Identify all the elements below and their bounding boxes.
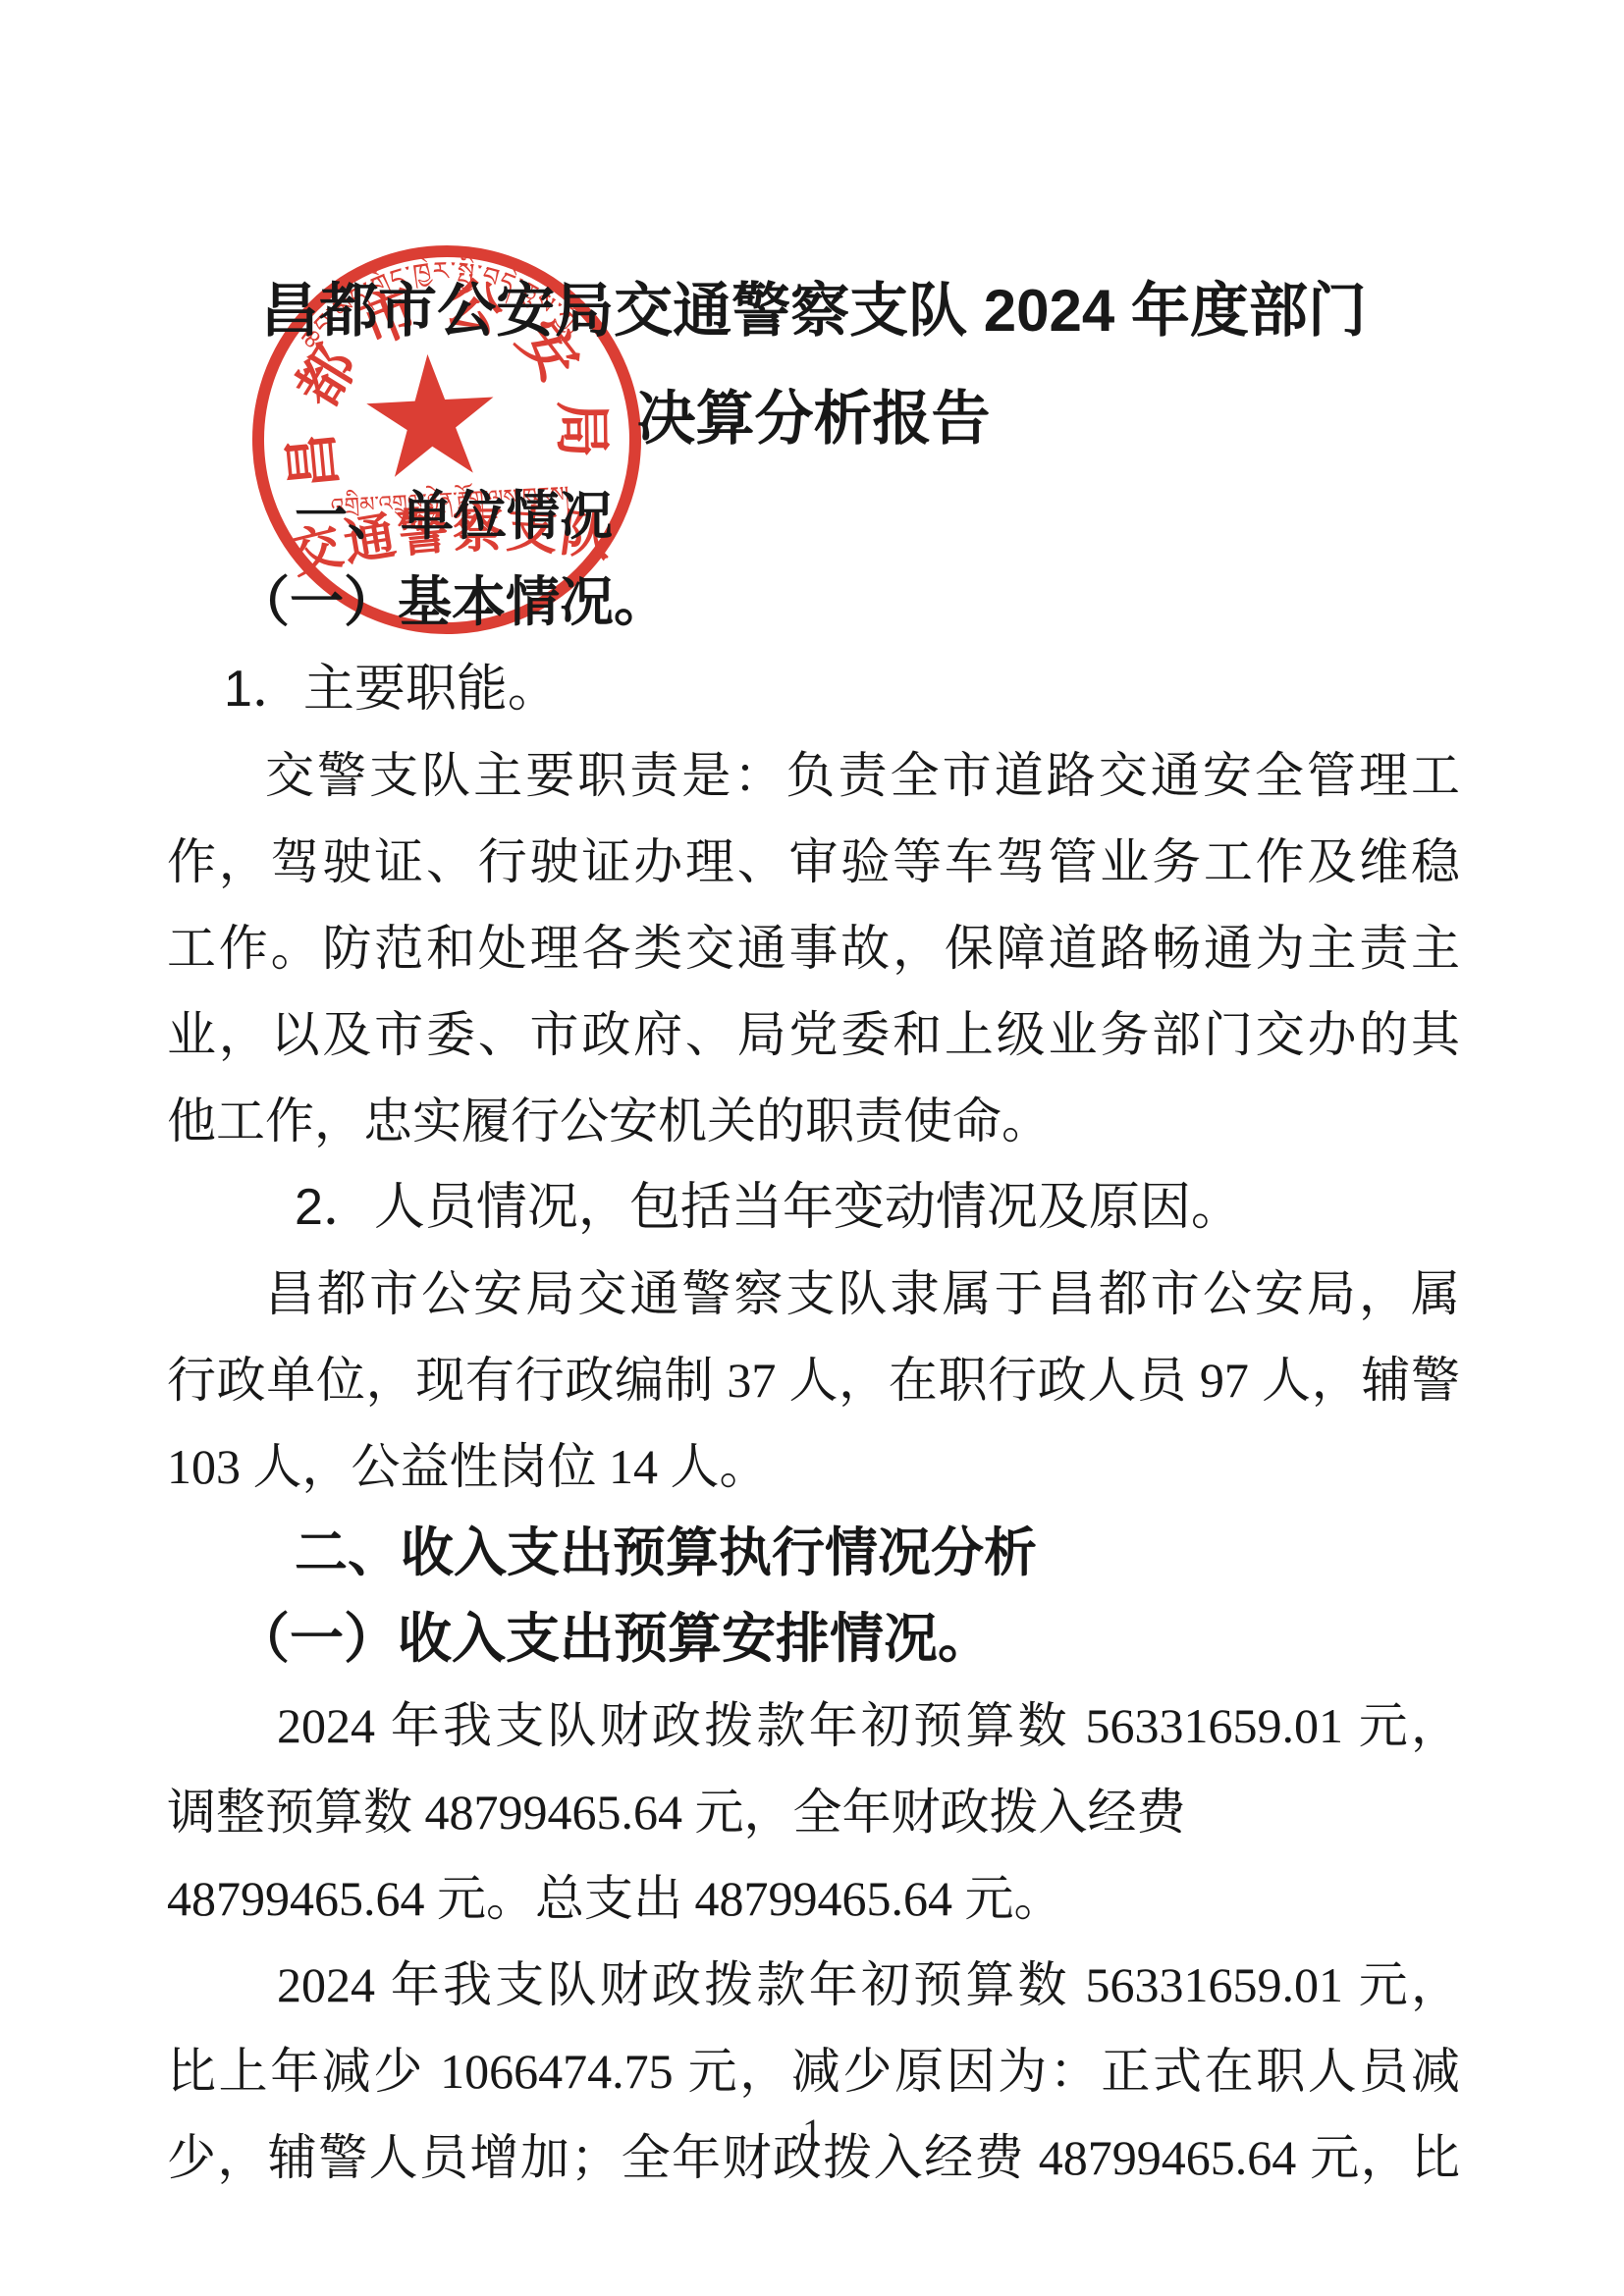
paragraph-line: 昌都市公安局交通警察支队隶属于昌都市公安局，属 [167,1251,1460,1337]
paragraph-line: 调整预算数 48799465.64 元，全年财政拨入经费 [167,1769,1460,1855]
paragraph-line: 业，以及市委、市政府、局党委和上级业务部门交办的其 [167,991,1460,1078]
page-number: 1 [0,2110,1624,2156]
document-body: 昌都市公安局交通警察支队 2024 年度部门 决算分析报告 一、单位情况 （一）… [167,257,1460,2201]
paragraph-line: 交警支队主要职责是：负责全市道路交通安全管理工 [167,732,1460,819]
title-line-1: 昌都市公安局交通警察支队 2024 年度部门 [167,257,1460,365]
heading-budget-analysis: 二、收入支出预算执行情况分析 [167,1510,1460,1596]
paragraph-line: 行政单位，现有行政编制 37 人，在职行政人员 97 人，辅警 [167,1337,1460,1423]
paragraph-line: 2024 年我支队财政拨款年初预算数 56331659.01 元， [167,1942,1460,2028]
paragraph-line: 103 人，公益性岗位 14 人。 [167,1423,1460,1510]
paragraph-line: 48799465.64 元。总支出 48799465.64 元。 [167,1855,1460,1942]
paragraph-line: 他工作，忠实履行公安机关的职责使命。 [167,1078,1460,1164]
heading-unit-overview: 一、单位情况 [167,473,1460,560]
paragraph-line: 工作。防范和处理各类交通事故，保障道路畅通为主责主 [167,905,1460,991]
heading-main-functions: 1．主要职能。 [167,646,1460,732]
paragraph-line: 2024 年我支队财政拨款年初预算数 56331659.01 元， [167,1682,1460,1769]
heading-personnel: 2．人员情况，包括当年变动情况及原因。 [167,1164,1460,1251]
document-page: ཆབ་མདོ་གྲོང་ཁྱེར་སྤྱི་བདེ་ཅུས་ཀྱི། 昌都市公安… [0,0,1624,2296]
heading-budget-arrangement: （一）收入支出预算安排情况。 [167,1596,1460,1682]
paragraph-line: 作，驾驶证、行驶证办理、审验等车驾管业务工作及维稳 [167,819,1460,905]
paragraph-line: 比上年减少 1066474.75 元，减少原因为：正式在职人员减 [167,2028,1460,2114]
title-line-2: 决算分析报告 [167,365,1460,473]
heading-basic-situation: （一）基本情况。 [167,560,1460,646]
